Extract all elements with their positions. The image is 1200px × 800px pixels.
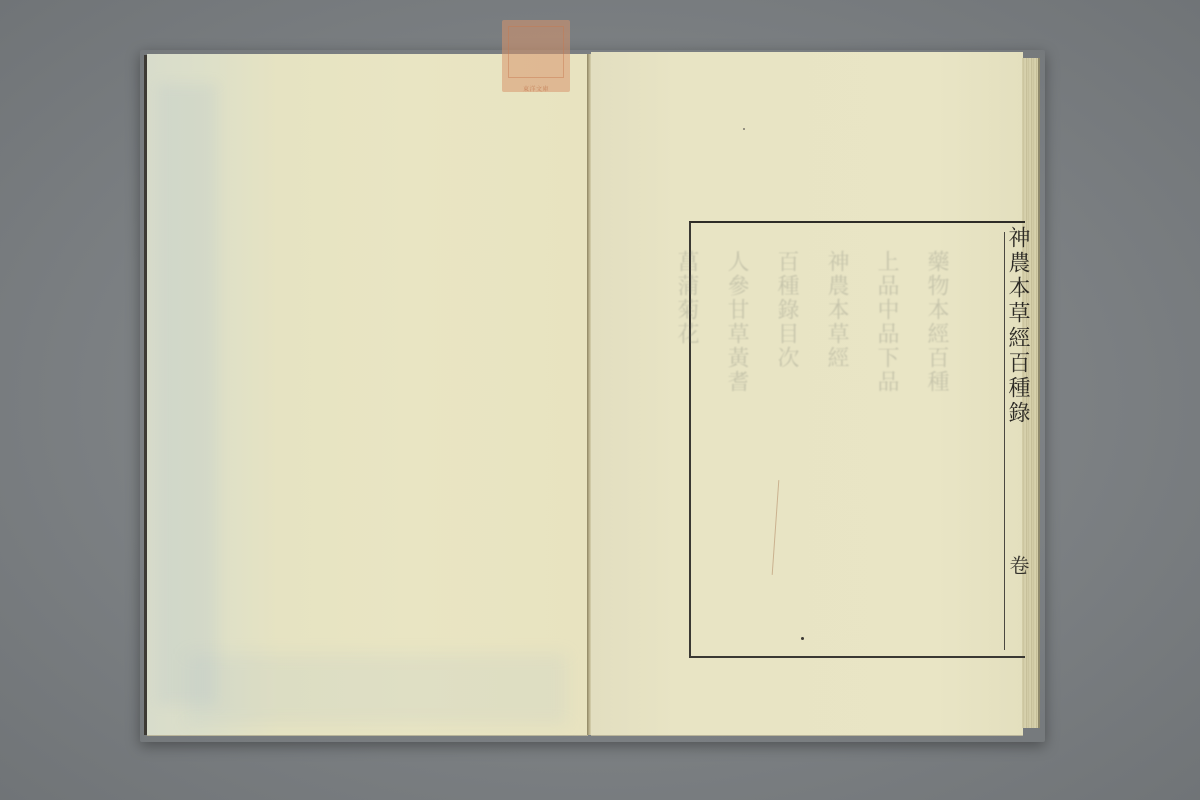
library-seal	[502, 20, 570, 92]
bleed-through-bottom	[187, 654, 567, 724]
seal-border	[508, 26, 564, 78]
ghost-column: 菖蒲菊花	[672, 250, 700, 650]
ghost-column: 人參甘草黃耆	[722, 250, 750, 650]
ink-speck	[801, 637, 804, 640]
left-page	[147, 54, 588, 736]
ghost-column: 上品中品下品	[872, 250, 900, 650]
paper-speck	[743, 128, 745, 130]
ghost-column: 藥物本經百種	[922, 250, 950, 650]
ghost-column: 百種錄目次	[772, 250, 800, 650]
bleed-through-text: 藥物本經百種 上品中品下品 神農本草經 百種錄目次 人參甘草黃耆 菖蒲菊花	[700, 250, 950, 650]
bleed-through-left	[157, 84, 217, 704]
volume-marker: 卷	[1007, 555, 1029, 577]
book-title: 神農本草經百種錄	[1005, 226, 1029, 426]
seal-caption: 東洋文庫	[502, 86, 570, 94]
ghost-column: 神農本草經	[822, 250, 850, 650]
